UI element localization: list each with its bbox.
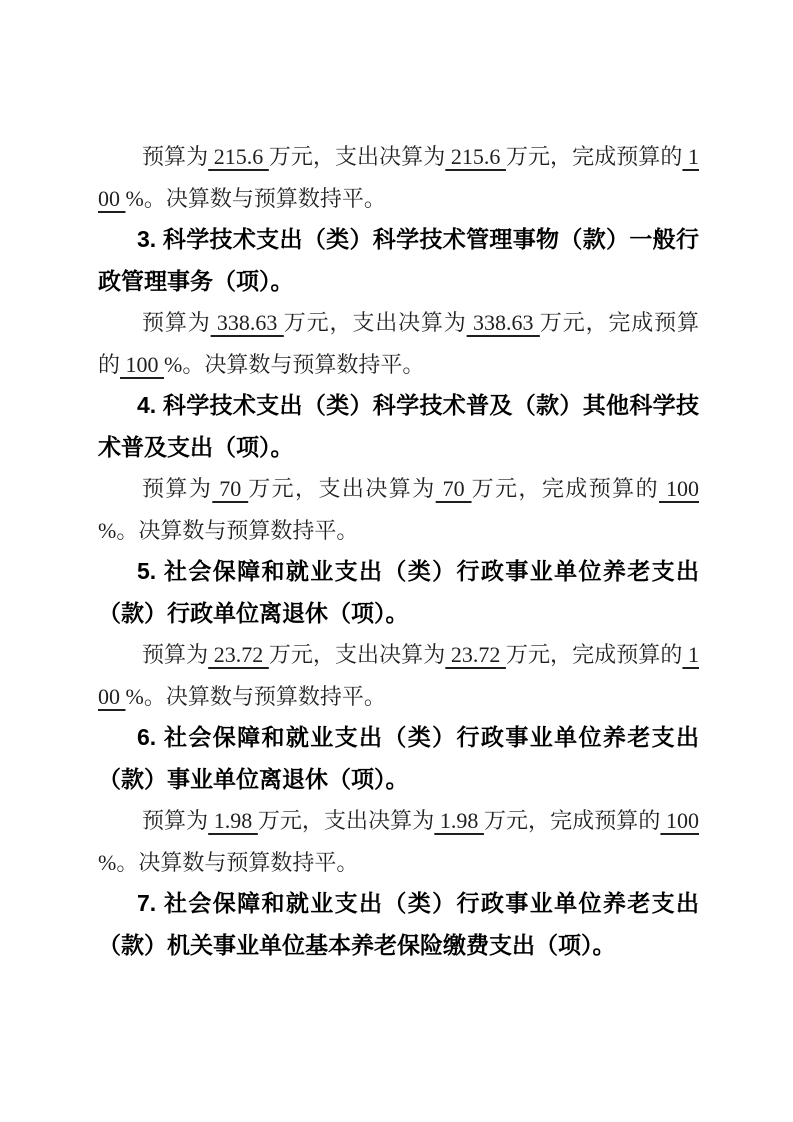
underlined-amount: 23.72 [208, 642, 269, 667]
text-segment: %。决算数与预算数持平。 [126, 684, 386, 709]
expenditure-item-heading: 6. 社会保障和就业支出（类）行政事业单位养老支出（款）事业单位离退休（项）。 [98, 717, 699, 800]
underlined-amount: 100 [120, 352, 164, 377]
underlined-amount: 70 [436, 476, 472, 501]
underlined-amount: 338.63 [467, 310, 540, 335]
text-segment: 预算为 [142, 476, 212, 501]
underlined-amount: 215.6 [208, 144, 269, 169]
underlined-amount: 338.63 [211, 310, 284, 335]
expenditure-item-heading: 5. 社会保障和就业支出（类）行政事业单位养老支出（款）行政单位离退休（项）。 [98, 551, 699, 634]
underlined-amount: 100 [659, 476, 699, 501]
text-segment: 4. 科学技术支出（类）科学技术普及（款）其他科学技术普及支出（项）。 [98, 392, 699, 460]
underlined-amount: 23.72 [445, 642, 506, 667]
text-segment: 预算为 [142, 808, 208, 833]
document-body: 预算为 215.6 万元，支出决算为 215.6 万元，完成预算的 100 %。… [98, 136, 699, 966]
text-segment: 万元，完成预算的 [484, 808, 661, 833]
text-segment: 3. 科学技术支出（类）科学技术管理事物（款）一般行政管理事务（项）。 [98, 226, 699, 294]
underlined-amount: 1.98 [434, 808, 484, 833]
budget-detail-paragraph: 预算为 70 万元，支出决算为 70 万元，完成预算的 100 %。决算数与预算… [98, 468, 699, 551]
text-segment: %。决算数与预算数持平。 [164, 352, 424, 377]
underlined-amount: 70 [212, 476, 248, 501]
text-segment: 5. 社会保障和就业支出（类）行政事业单位养老支出（款）行政单位离退休（项）。 [98, 558, 699, 626]
text-segment: 万元，完成预算的 [472, 476, 660, 501]
expenditure-item-heading: 7. 社会保障和就业支出（类）行政事业单位养老支出（款）机关事业单位基本养老保险… [98, 883, 699, 966]
text-segment: 万元，完成预算的 [506, 642, 683, 667]
text-segment: %。决算数与预算数持平。 [98, 850, 358, 875]
text-segment: %。决算数与预算数持平。 [98, 518, 358, 543]
text-segment: 万元，支出决算为 [269, 144, 446, 169]
text-segment: 预算为 [142, 642, 208, 667]
text-segment: 6. 社会保障和就业支出（类）行政事业单位养老支出（款）事业单位离退休（项）。 [98, 724, 699, 792]
budget-detail-paragraph: 预算为 338.63 万元，支出决算为 338.63 万元，完成预算的 100 … [98, 302, 699, 385]
underlined-amount: 215.6 [445, 144, 506, 169]
text-segment: 万元，支出决算为 [284, 310, 467, 335]
text-segment: 预算为 [142, 144, 208, 169]
budget-detail-paragraph: 预算为 215.6 万元，支出决算为 215.6 万元，完成预算的 100 %。… [98, 136, 699, 219]
expenditure-item-heading: 3. 科学技术支出（类）科学技术管理事物（款）一般行政管理事务（项）。 [98, 219, 699, 302]
text-segment: 万元，完成预算的 [506, 144, 683, 169]
expenditure-item-heading: 4. 科学技术支出（类）科学技术普及（款）其他科学技术普及支出（项）。 [98, 385, 699, 468]
underlined-amount: 1.98 [208, 808, 258, 833]
underlined-amount: 100 [660, 808, 699, 833]
text-segment: 预算为 [142, 310, 211, 335]
text-segment: 万元，支出决算为 [258, 808, 435, 833]
text-segment: %。决算数与预算数持平。 [126, 186, 386, 211]
budget-detail-paragraph: 预算为 23.72 万元，支出决算为 23.72 万元，完成预算的 100 %。… [98, 634, 699, 717]
text-segment: 7. 社会保障和就业支出（类）行政事业单位养老支出（款）机关事业单位基本养老保险… [98, 890, 699, 958]
budget-detail-paragraph: 预算为 1.98 万元，支出决算为 1.98 万元，完成预算的 100 %。决算… [98, 800, 699, 883]
text-segment: 万元，支出决算为 [248, 476, 436, 501]
document-page: 预算为 215.6 万元，支出决算为 215.6 万元，完成预算的 100 %。… [0, 0, 793, 1122]
text-segment: 万元，支出决算为 [269, 642, 446, 667]
